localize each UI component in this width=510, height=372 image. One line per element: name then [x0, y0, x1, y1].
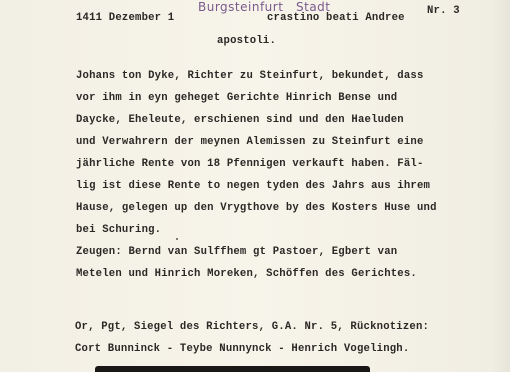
scan-shadow [95, 366, 370, 372]
witnesses-line: Metelen und Hinrich Moreken, Schöffen de… [76, 268, 417, 280]
body-line: lig ist diese Rente to negen tyden des J… [76, 180, 430, 192]
body-line: Daycke, Eheleute, erschienen sind und de… [76, 114, 404, 126]
document-date: 1411 Dezember 1 [76, 12, 174, 24]
document-page: Burgsteinfurt Stadt Nr. 3 1411 Dezember … [0, 0, 510, 372]
ink-speck [176, 238, 178, 240]
body-line: bei Schuring. [76, 224, 161, 236]
witnesses-line: Zeugen: Bernd van Sulffhem gt Pastoer, E… [76, 246, 397, 258]
document-number: Nr. 3 [427, 5, 460, 17]
latin-date-line-2: apostoli. [217, 35, 276, 47]
notes-line: Cort Bunninck - Teybe Nunnynck - Henrich… [75, 343, 409, 355]
latin-date-line-1: crastino beati Andree [267, 12, 405, 24]
body-line: vor ihm in eyn geheget Gerichte Hinrich … [76, 92, 397, 104]
body-line: Johans ton Dyke, Richter zu Steinfurt, b… [76, 70, 424, 82]
body-line: und Verwahrern der meynen Alemissen zu S… [76, 136, 424, 148]
notes-line: Or, Pgt, Siegel des Richters, G.A. Nr. 5… [75, 321, 429, 333]
body-line: jährliche Rente von 18 Pfennigen verkauf… [76, 158, 424, 170]
body-line: Hause, gelegen up den Vrygthove by des K… [76, 202, 437, 214]
page-edge-shading [492, 0, 510, 372]
